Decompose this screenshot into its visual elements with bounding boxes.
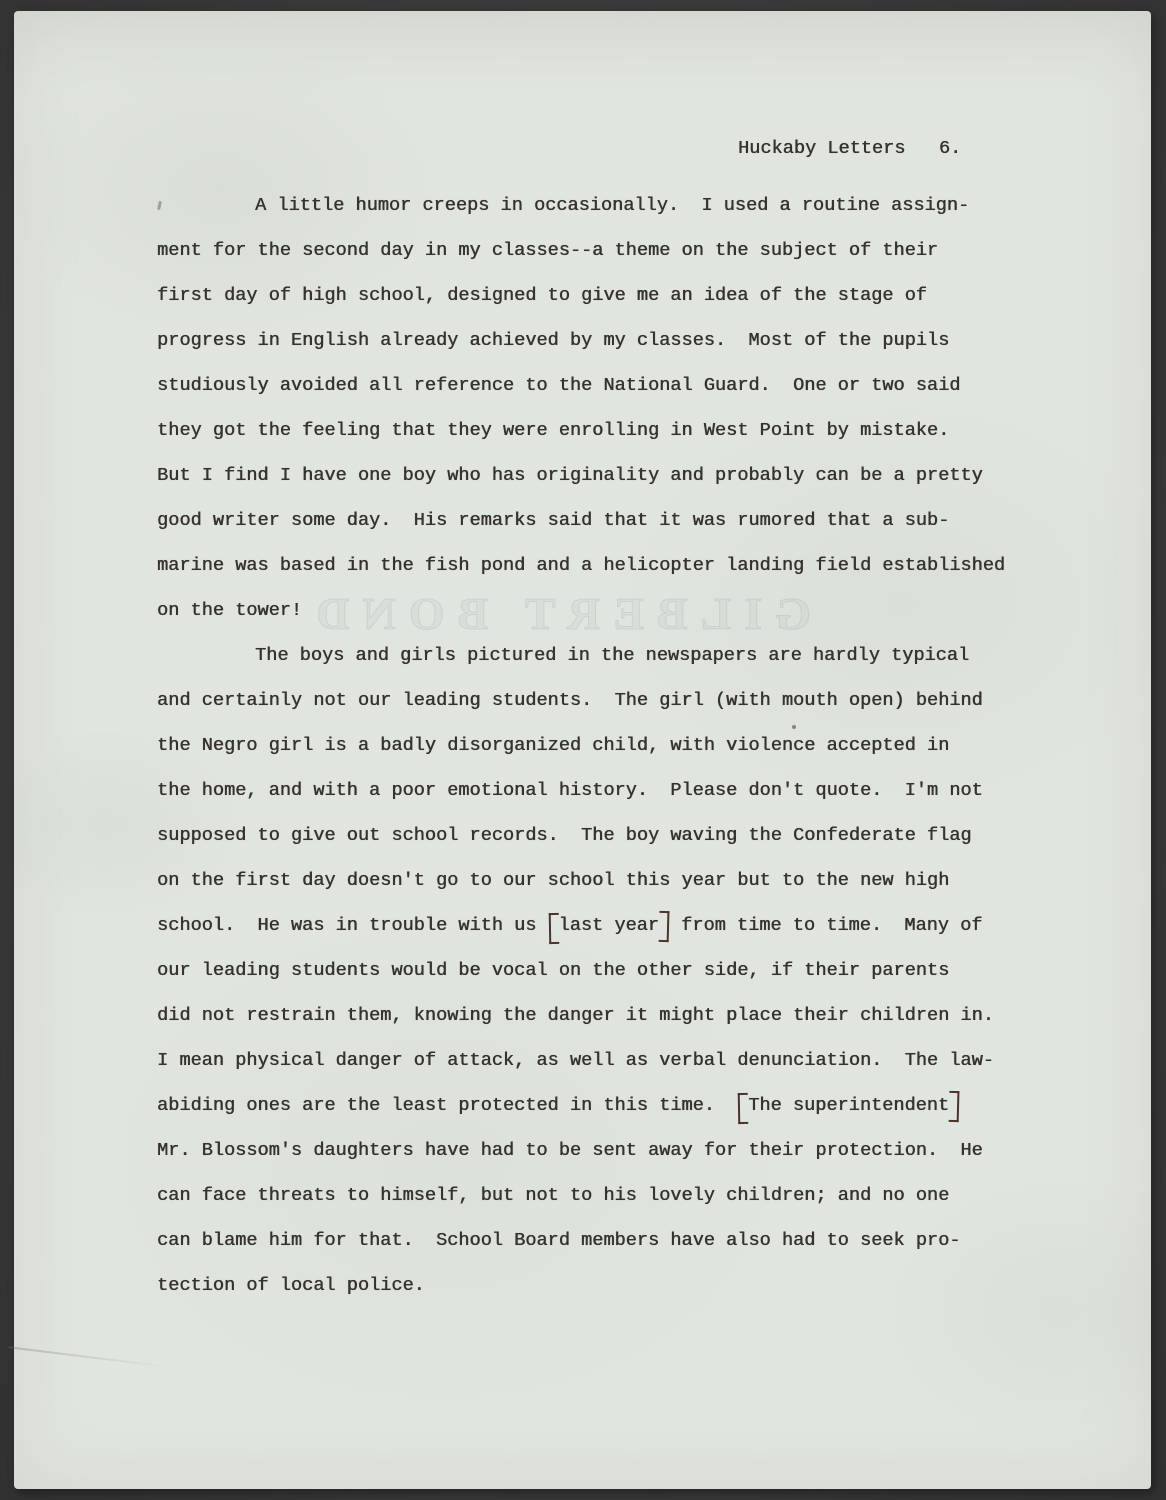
- typed-line: they got the feeling that they were enro…: [157, 408, 1037, 453]
- typed-text: abiding ones are the least protected in …: [157, 1095, 737, 1116]
- typed-text: and certainly not our leading students. …: [157, 690, 983, 711]
- typed-text: ment for the second day in my classes--a…: [157, 240, 938, 261]
- page-header: Huckaby Letters 6.: [738, 126, 961, 171]
- typed-line: the home, and with a poor emotional hist…: [157, 768, 1037, 813]
- typed-line: school. He was in trouble with us last y…: [157, 903, 1037, 948]
- typed-line: A little humor creeps in occasionally. I…: [157, 183, 1037, 228]
- typed-line: did not restrain them, knowing the dange…: [157, 993, 1037, 1038]
- typed-line: supposed to give out school records. The…: [157, 813, 1037, 858]
- typed-text: did not restrain them, knowing the dange…: [157, 1005, 994, 1026]
- typed-line: on the tower!: [157, 588, 1037, 633]
- typed-line: marine was based in the fish pond and a …: [157, 543, 1037, 588]
- typed-text: I mean physical danger of attack, as wel…: [157, 1050, 994, 1071]
- letter-page: GILBERT BOND Huckaby Letters 6. A little…: [14, 11, 1151, 1489]
- typed-line: The boys and girls pictured in the newsp…: [157, 633, 1037, 678]
- typed-text: on the first day doesn't go to our schoo…: [157, 870, 949, 891]
- typed-line: abiding ones are the least protected in …: [157, 1083, 1037, 1128]
- typed-line: the Negro girl is a badly disorganized c…: [157, 723, 1037, 768]
- letter-body: A little humor creeps in occasionally. I…: [157, 183, 1037, 1308]
- typed-text: first day of high school, designed to gi…: [157, 285, 927, 306]
- typed-text: A little humor creeps in occasionally. I…: [255, 195, 969, 216]
- typed-text: Mr. Blossom's daughters have had to be s…: [157, 1140, 983, 1161]
- typed-text: the Negro girl is a badly disorganized c…: [157, 735, 949, 756]
- typed-line: studiously avoided all reference to the …: [157, 363, 1037, 408]
- typed-text: the home, and with a poor emotional hist…: [157, 780, 983, 801]
- typed-line: Mr. Blossom's daughters have had to be s…: [157, 1128, 1037, 1173]
- typed-text: progress in English already achieved by …: [157, 330, 949, 351]
- typed-text: marine was based in the fish pond and a …: [157, 555, 1005, 576]
- paper-crease: [8, 1346, 167, 1367]
- typed-line: our leading students would be vocal on t…: [157, 948, 1037, 993]
- typed-line: tection of local police.: [157, 1263, 1037, 1308]
- ink-speck: [792, 725, 796, 729]
- typed-text: tection of local police.: [157, 1275, 425, 1296]
- typed-line: can blame him for that. School Board mem…: [157, 1218, 1037, 1263]
- typed-text: our leading students would be vocal on t…: [157, 960, 949, 981]
- typed-text: The boys and girls pictured in the newsp…: [255, 645, 969, 666]
- typed-line: can face threats to himself, but not to …: [157, 1173, 1037, 1218]
- typed-line: progress in English already achieved by …: [157, 318, 1037, 363]
- typed-text: can blame him for that. School Board mem…: [157, 1230, 960, 1251]
- typed-line: But I find I have one boy who has origin…: [157, 453, 1037, 498]
- typed-text: studiously avoided all reference to the …: [157, 375, 960, 396]
- typed-line: I mean physical danger of attack, as wel…: [157, 1038, 1037, 1083]
- typed-text: school. He was in trouble with us: [157, 915, 548, 936]
- typed-text: from time to time. Many of: [670, 915, 982, 936]
- typed-line: and certainly not our leading students. …: [157, 678, 1037, 723]
- typed-text: on the tower!: [157, 600, 302, 621]
- typed-text: can face threats to himself, but not to …: [157, 1185, 949, 1206]
- typed-text: they got the feeling that they were enro…: [157, 420, 949, 441]
- typed-line: first day of high school, designed to gi…: [157, 273, 1037, 318]
- handwritten-bracket-annotation: The superintendent: [737, 1083, 960, 1128]
- typed-text: supposed to give out school records. The…: [157, 825, 972, 846]
- typed-line: ment for the second day in my classes--a…: [157, 228, 1037, 273]
- typed-line: good writer some day. His remarks said t…: [157, 498, 1037, 543]
- handwritten-bracket-annotation: last year: [548, 903, 670, 948]
- typed-line: on the first day doesn't go to our schoo…: [157, 858, 1037, 903]
- typed-text: good writer some day. His remarks said t…: [157, 510, 949, 531]
- typed-text: But I find I have one boy who has origin…: [157, 465, 983, 486]
